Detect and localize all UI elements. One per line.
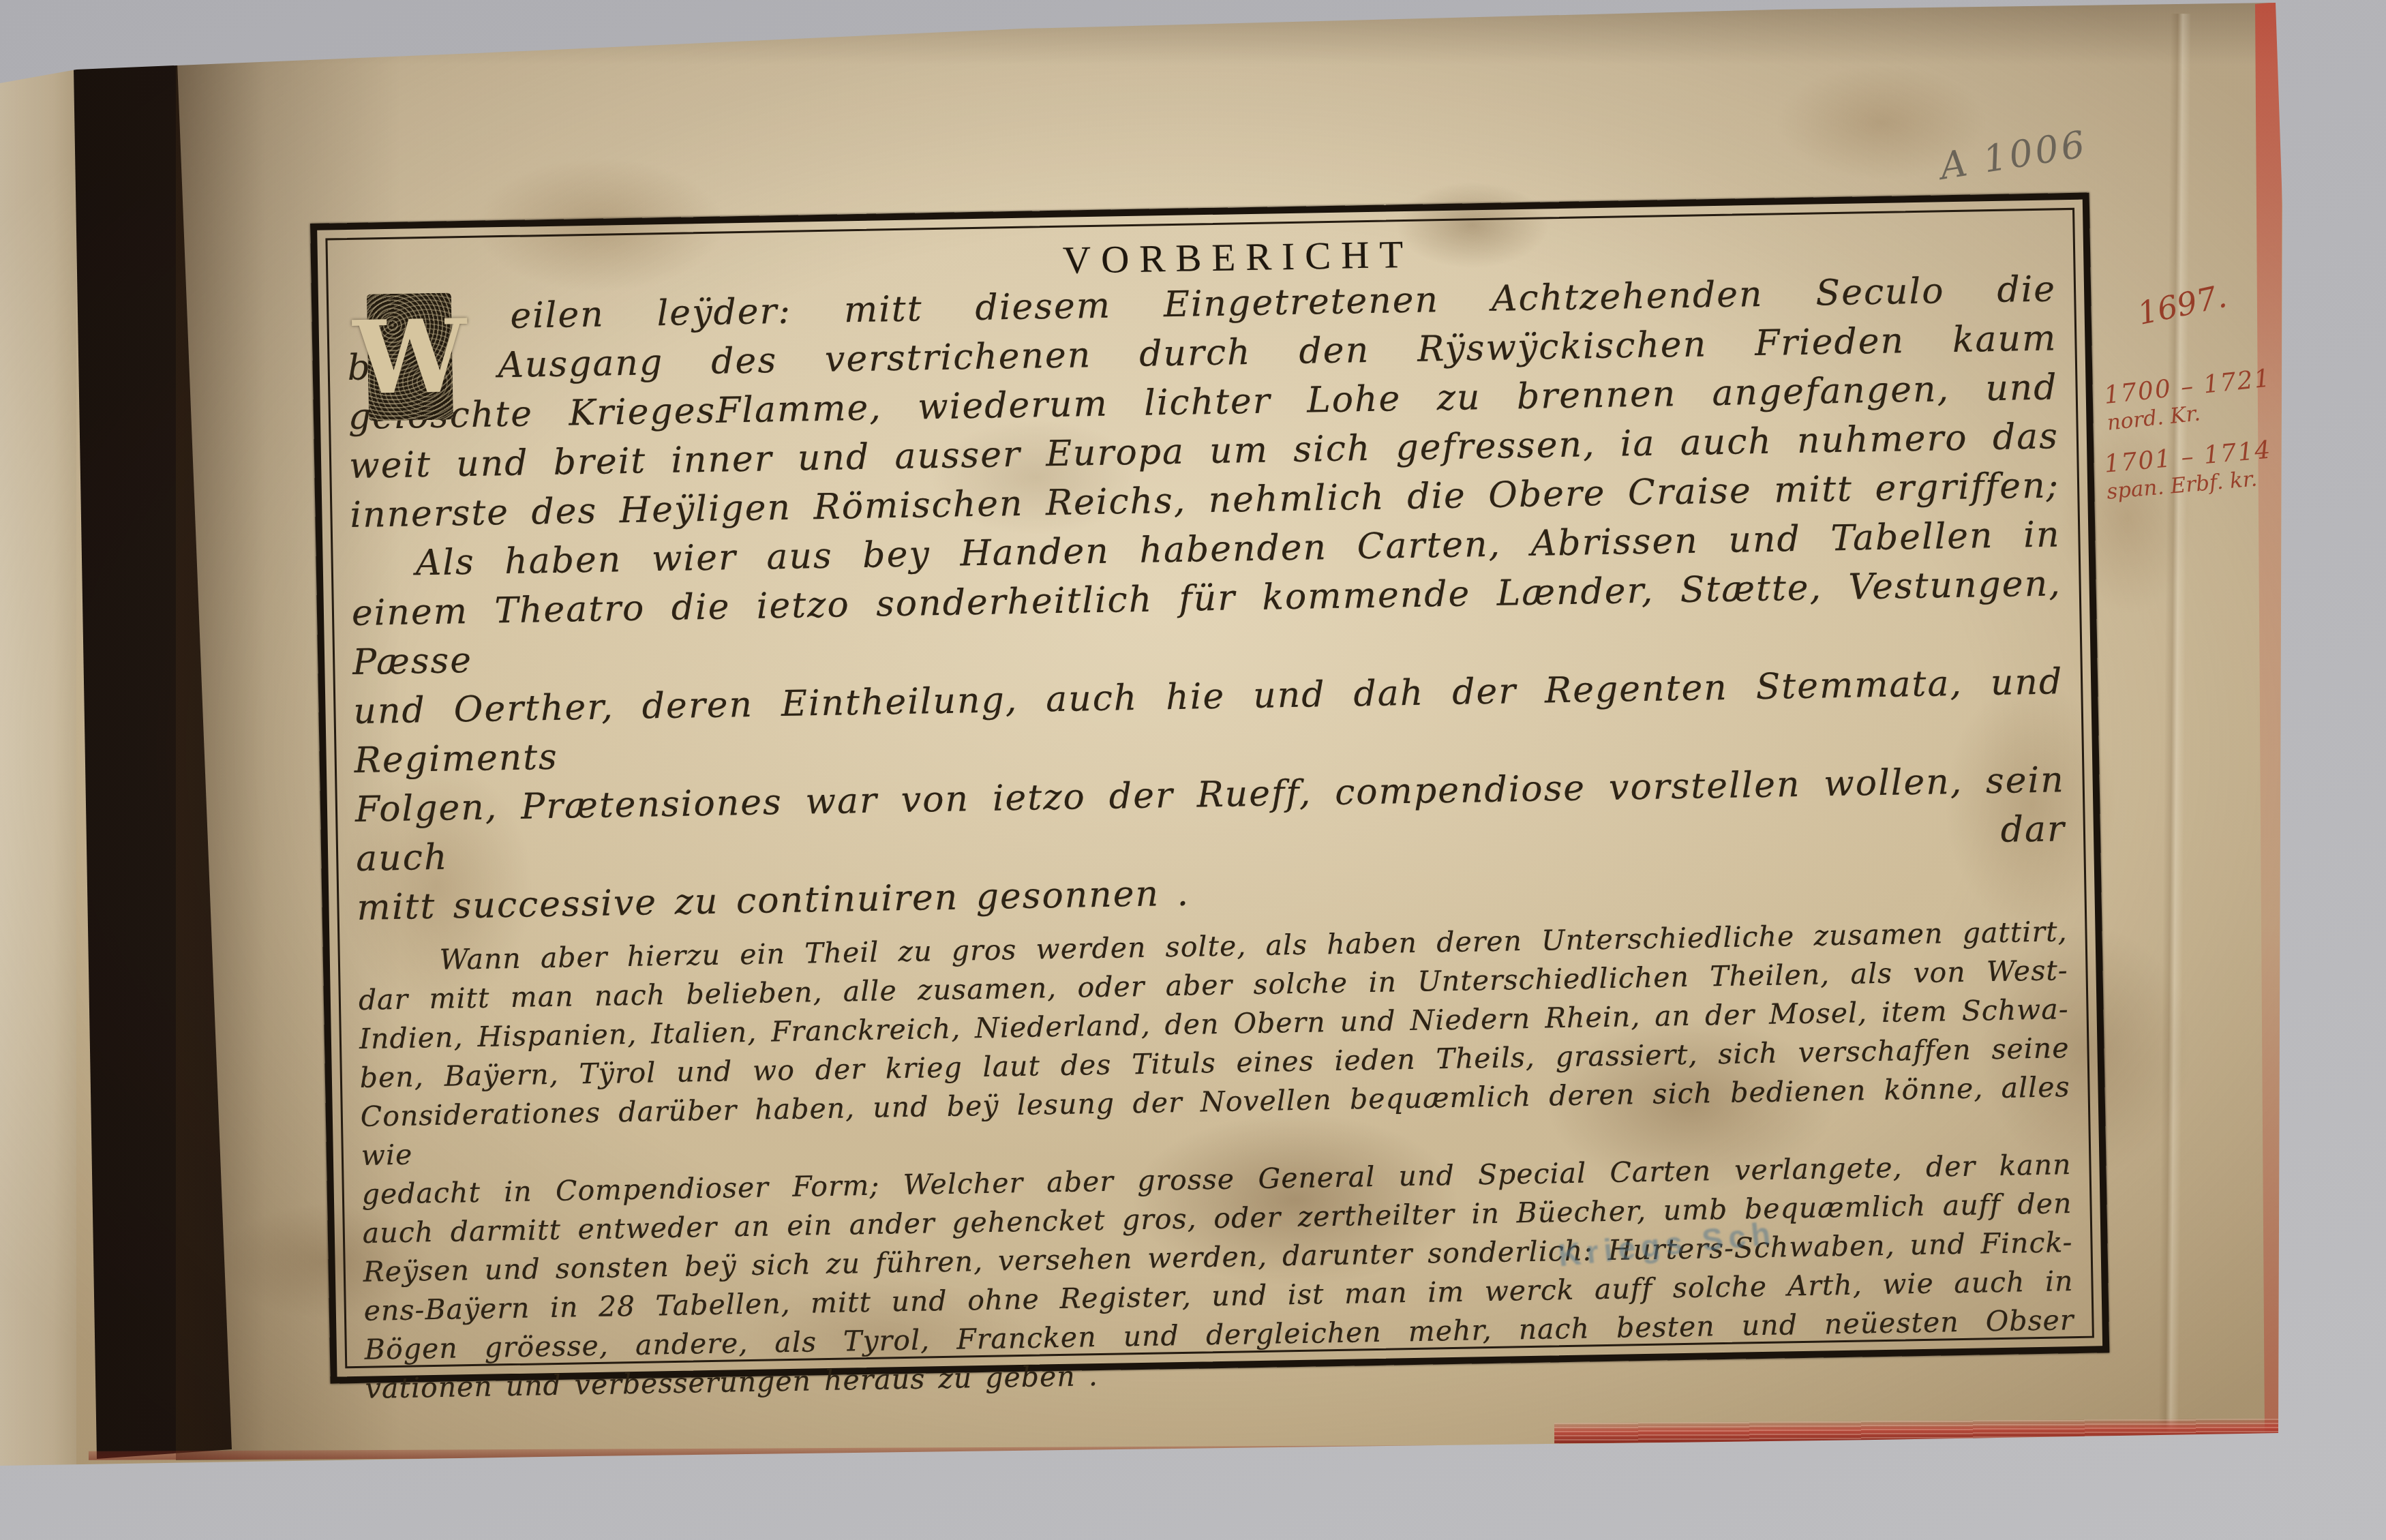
printed-border-frame: VORBERICHT W eilen leÿder: mitt diesem E… bbox=[310, 192, 2109, 1383]
photograph-background: VORBERICHT W eilen leÿder: mitt diesem E… bbox=[0, 0, 2386, 1540]
inner-border-rule: VORBERICHT W eilen leÿder: mitt diesem E… bbox=[325, 208, 2094, 1369]
decorated-initial-block: W bbox=[367, 292, 453, 421]
initial-letter: W bbox=[352, 305, 468, 408]
paragraph-1: eilen leÿder: mitt diesem Eingetretenen … bbox=[346, 265, 2067, 933]
red-fore-edge-bottom bbox=[1554, 1419, 2280, 1443]
paragraph-2: Wann aber hierzu ein Theil zu gros werde… bbox=[357, 912, 2075, 1408]
page-content: VORBERICHT W eilen leÿder: mitt diesem E… bbox=[327, 210, 2091, 1366]
book: VORBERICHT W eilen leÿder: mitt diesem E… bbox=[0, 0, 2386, 1540]
